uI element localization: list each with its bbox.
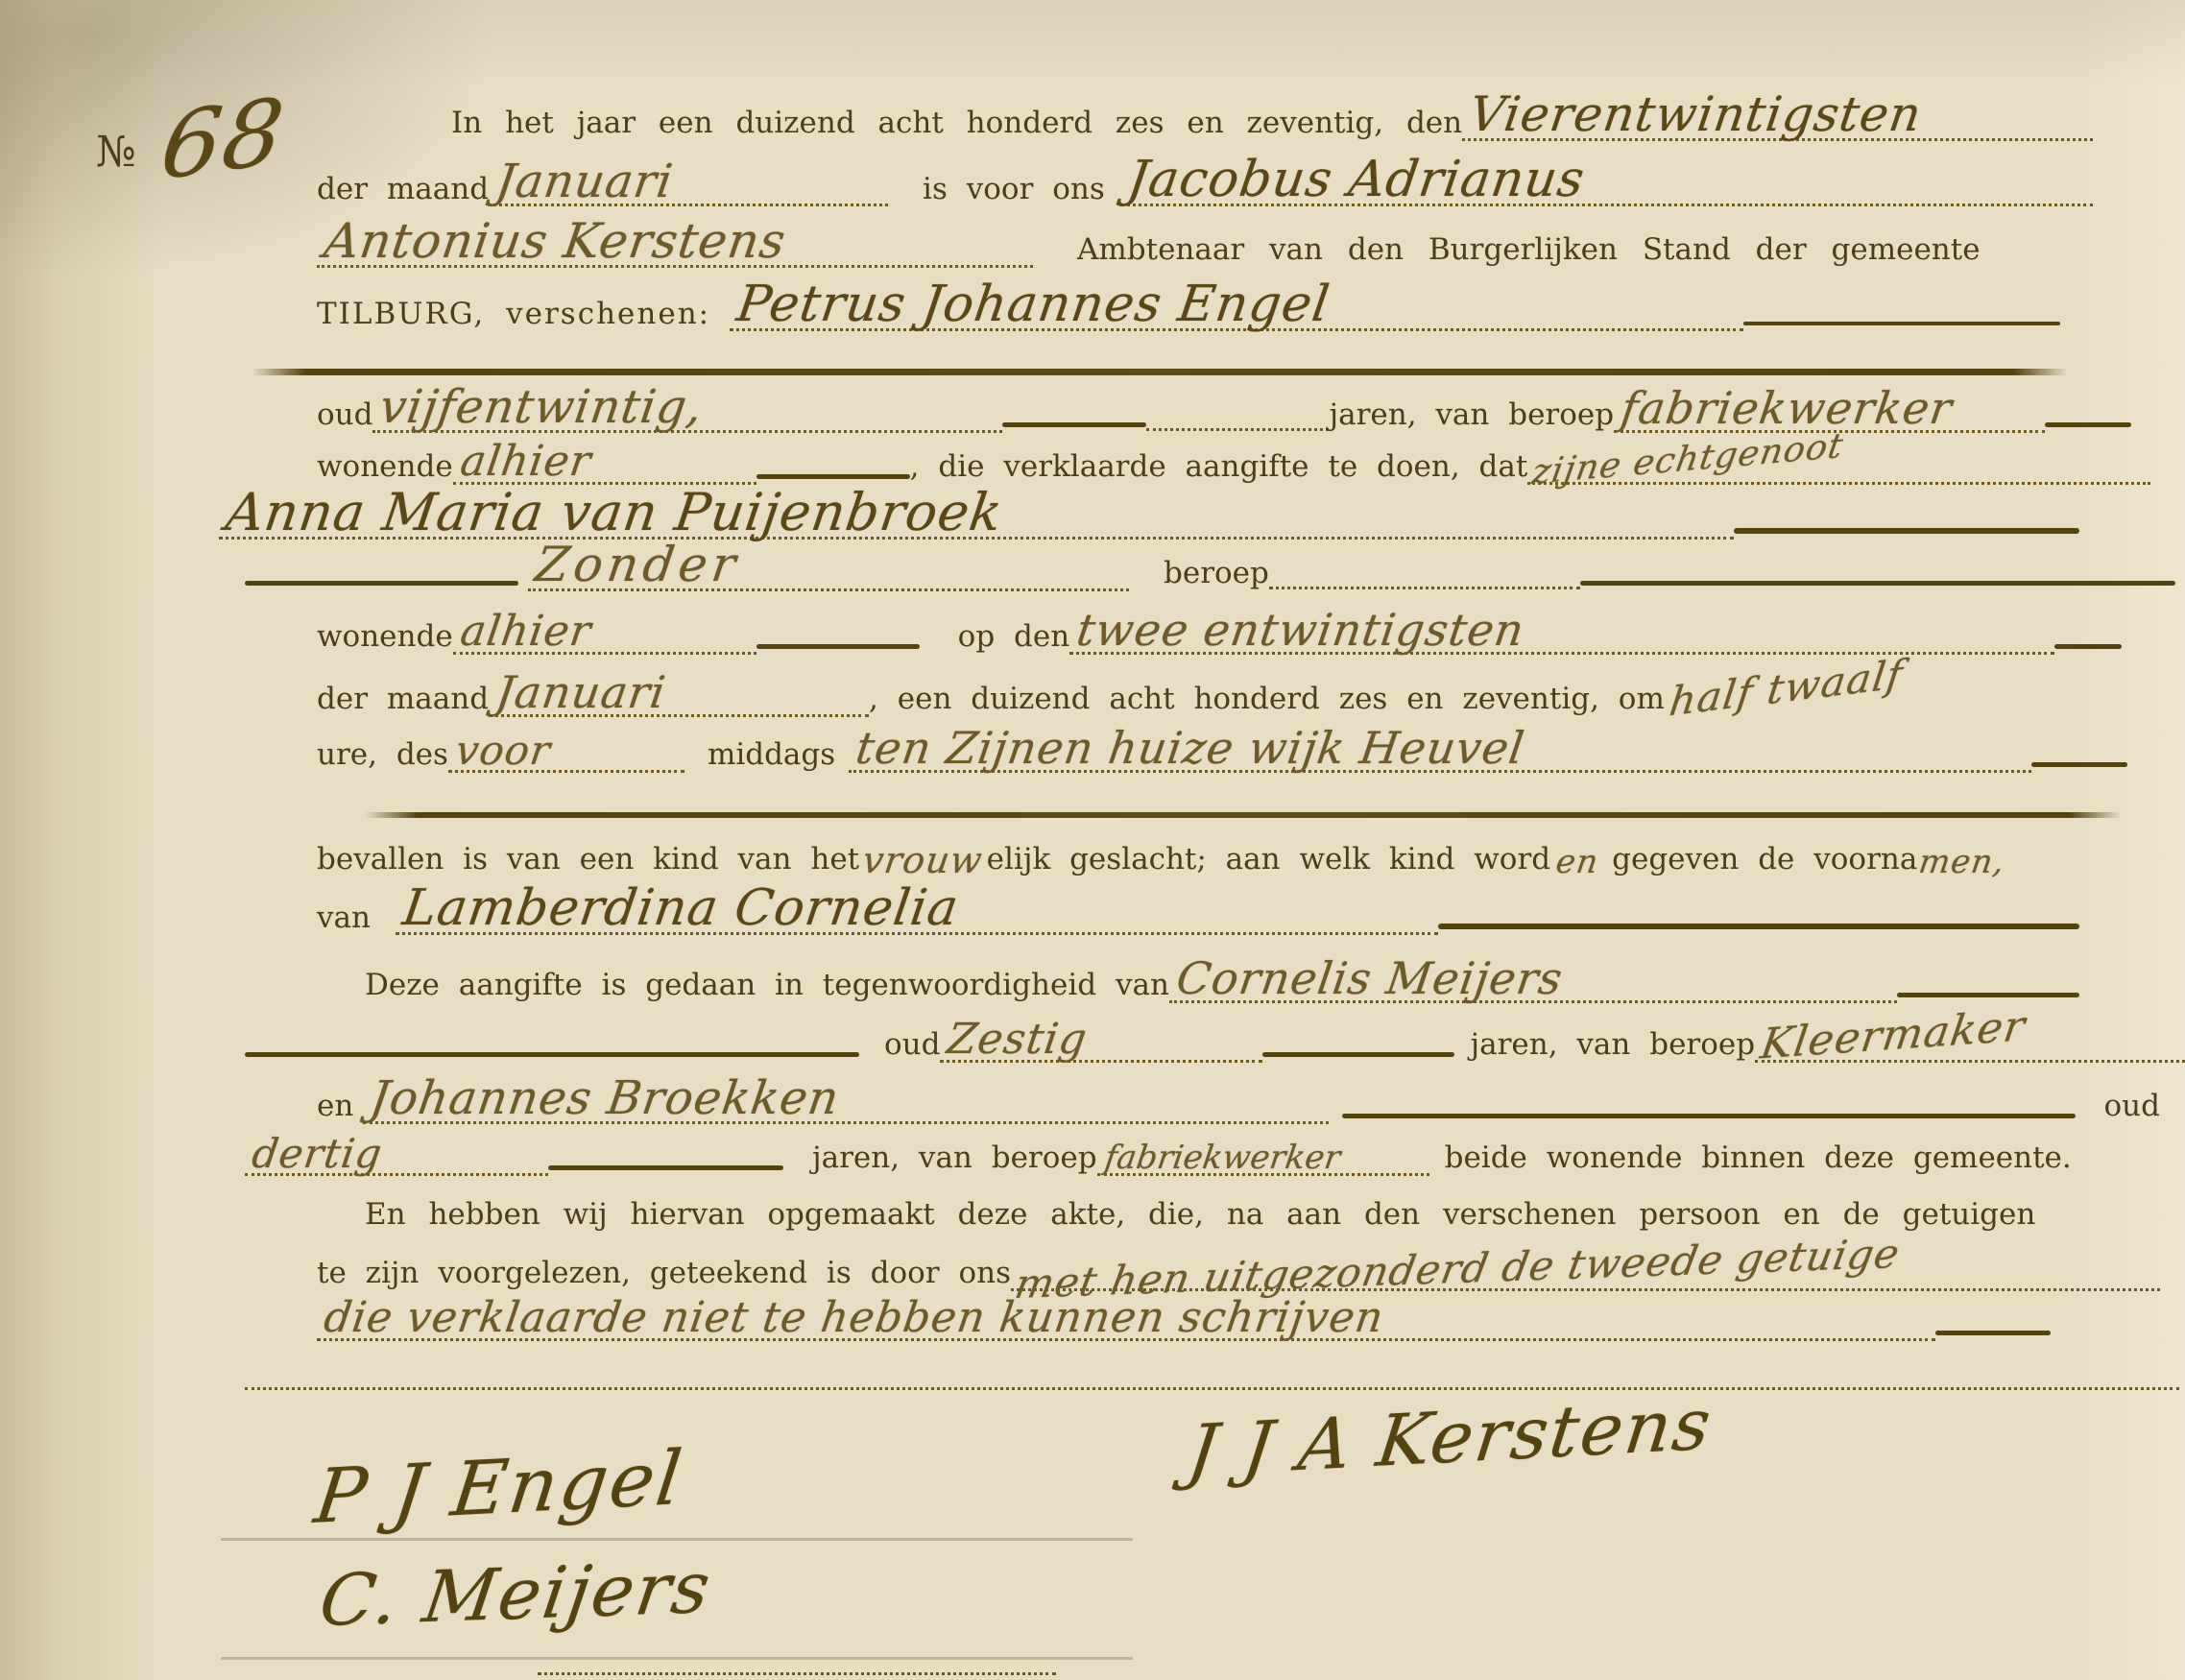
- printed-oud-right-label: oud: [2104, 1090, 2160, 1124]
- entry-word-ending-men: men,: [1917, 847, 2007, 877]
- printed-month-label: der maand: [317, 173, 489, 207]
- declarant-residence-slot: alhier: [453, 442, 756, 485]
- printed-year-text: In het jaar een duizend acht honderd zes…: [451, 107, 1462, 141]
- entry-officiant-firstnames: Jacobus Adrianus: [1124, 156, 1587, 204]
- ink-dash: [1935, 1331, 2051, 1335]
- dotted-filler: [1146, 422, 1329, 431]
- month-officiant-line: der maand Januari is voor ons Jacobus Ad…: [317, 156, 2093, 206]
- ink-dash: [1734, 528, 2079, 534]
- year-line: In het jaar een duizend acht honderd zes…: [317, 92, 2093, 141]
- printed-occupation-label-3: jaren, van beroep: [812, 1141, 1097, 1176]
- declarant-residence-line: wonende alhier , die verklaarde aangifte…: [317, 442, 2150, 485]
- ink-dash: [1342, 1114, 2075, 1118]
- entry-child-names: Lamberdina Cornelia: [399, 885, 961, 932]
- daypart-slot: voor: [448, 732, 684, 773]
- entry-birth-time: half twaalf: [1668, 655, 1906, 721]
- entry-birth-day-ordinal: twee entwintigsten: [1074, 610, 1527, 652]
- closing-line-1: En hebben wij hiervan opgemaakt deze akt…: [365, 1198, 2150, 1233]
- printed-occupation-label-2: jaren, van beroep: [1470, 1028, 1755, 1063]
- mother-occupation-line: Zonder beroep: [245, 542, 2175, 591]
- entry-witness2-name: Johannes Broekken: [368, 1077, 842, 1121]
- entry-witness1-occupation: Kleermaker: [1758, 1007, 2028, 1066]
- witness1-line: Deze aangifte is gedaan in tegenwoordigh…: [365, 958, 2079, 1003]
- printed-middags-label: middags: [708, 738, 835, 773]
- signing-note-slot-2: die verklaarde niet te hebben kunnen sch…: [317, 1298, 1935, 1341]
- mother-residence-line: wonende alhier op den twee entwintigsten: [317, 610, 2122, 655]
- child-name-slot: Lamberdina Cornelia: [396, 885, 1438, 935]
- day-ordinal-slot: Vierentwintigsten: [1462, 92, 2093, 141]
- entry-signing-note-2: die verklaarde niet te hebben kunnen sch…: [322, 1298, 1386, 1338]
- declarant-occupation-slot: fabriekwerker: [1614, 388, 2045, 433]
- witness1-age-slot: Zestig: [940, 1020, 1262, 1063]
- birth-certificate-scan: № 68 In het jaar een duizend acht honder…: [0, 0, 2185, 1680]
- pencil-guide-line: [221, 1538, 1133, 1541]
- ink-dash: [1743, 322, 2060, 325]
- entry-declarant-occupation: fabriekwerker: [1619, 388, 1956, 430]
- heavy-ink-rule: [365, 812, 2122, 818]
- ink-dash: [2054, 644, 2122, 649]
- ink-dash: [1438, 924, 2079, 929]
- printed-hour-label: ure, des: [317, 738, 448, 773]
- entry-declarant-residence: alhier: [458, 442, 594, 482]
- ink-dash: [548, 1165, 783, 1170]
- witness2-name-slot: Johannes Broekken: [363, 1077, 1329, 1124]
- entry-mother-occupation: Zonder: [533, 542, 743, 588]
- officiant-firstnames-slot: Jacobus Adrianus: [1120, 156, 2093, 206]
- ink-dash: [1262, 1052, 1454, 1057]
- dotted-separator: [245, 1387, 2179, 1390]
- ink-dash: [245, 1052, 859, 1057]
- ink-dash: [245, 581, 518, 586]
- printed-occupation-label: jaren, van beroep: [1329, 398, 1614, 433]
- ink-dash: [756, 474, 910, 479]
- entry-word-ending-en: en: [1554, 847, 1601, 877]
- ink-dash: [756, 644, 920, 649]
- printed-given-names-text: gegeven de voorna: [1612, 843, 1917, 877]
- ink-dash: [2031, 762, 2127, 767]
- signing-note-slot-1: met hen uitgezonderd de tweede getuige: [1011, 1250, 2160, 1291]
- witness1-name-slot: Cornelis Meijers: [1169, 958, 1897, 1003]
- printed-age-label: oud: [317, 398, 372, 433]
- witness2-age-line: dertig jaren, van beroep fabriekwerker b…: [245, 1135, 2150, 1176]
- entry-witness2-occupation: fabriekwerker: [1102, 1142, 1341, 1173]
- entry-month: Januari: [493, 160, 676, 204]
- birth-month-line: der maand Januari , een duizend acht hon…: [317, 672, 2185, 717]
- declarant-name-slot: Petrus Johannes Engel: [730, 281, 1743, 331]
- printed-declaration-text: , die verklaarde aangifte te doen, dat: [910, 450, 1528, 485]
- birth-day-slot: twee entwintigsten: [1069, 610, 2054, 655]
- ink-dash: [1897, 993, 2079, 997]
- bottom-dotted-fragment: [538, 1672, 1056, 1675]
- numero-sign: №: [96, 129, 136, 178]
- ink-dash: [1002, 422, 1146, 427]
- printed-en-label: en: [317, 1090, 353, 1124]
- entry-mother-name: Anna Maria van Puijenbroek: [223, 488, 1005, 537]
- entry-declarant-age: vijfentwintig,: [377, 386, 706, 430]
- printed-age-label-2: oud: [884, 1028, 940, 1063]
- printed-witness-intro: Deze aangifte is gedaan in tegenwoordigh…: [365, 969, 1169, 1003]
- entry-spouse-phrase: zijne echtgenoot: [1530, 430, 1846, 490]
- closing-line-2: te zijn voorgelezen, geteekend is door o…: [317, 1250, 2160, 1291]
- witness-signature: C. Meijers: [315, 1547, 717, 1643]
- entry-mother-residence: alhier: [458, 612, 594, 652]
- signing-note-line: die verklaarde niet te hebben kunnen sch…: [317, 1298, 2051, 1341]
- entry-child-sex: vrouw: [861, 843, 986, 877]
- entry-witness2-age: dertig: [250, 1135, 385, 1173]
- mother-name-line: Anna Maria van Puijenbroek: [219, 488, 2079, 540]
- entry-officiant-surname: Antonius Kerstens: [322, 219, 789, 265]
- witness2-occupation-slot: fabriekwerker: [1097, 1142, 1429, 1176]
- heavy-ink-rule: [252, 369, 2068, 375]
- spouse-phrase-slot: zijne echtgenoot: [1527, 449, 2150, 485]
- printed-closing-text-1: En hebben wij hiervan opgemaakt deze akt…: [365, 1198, 2035, 1233]
- entry-daypart: voor: [453, 732, 553, 770]
- birth-month-slot: Januari: [489, 672, 869, 717]
- mother-name-slot: Anna Maria van Puijenbroek: [219, 488, 1734, 540]
- entry-witness1-name: Cornelis Meijers: [1174, 958, 1566, 1000]
- act-number: 68: [156, 88, 288, 192]
- child-name-line: van Lamberdina Cornelia: [317, 885, 2079, 935]
- entry-declarant-name: Petrus Johannes Engel: [734, 281, 1333, 328]
- month-slot: Januari: [489, 160, 888, 207]
- ink-dash: [1580, 581, 2175, 586]
- printed-residence-label: wonende: [317, 450, 453, 485]
- ink-dash: [2045, 422, 2131, 427]
- entry-witness1-age: Zestig: [946, 1020, 1091, 1060]
- printed-officiant-title: Ambtenaar van den Burgerlijken Stand der…: [1077, 233, 1981, 268]
- printed-year-om-text: , een duizend acht honderd zes en zevent…: [869, 683, 1665, 717]
- pencil-guide-line: [221, 1657, 1133, 1660]
- dotted-filler: [1269, 581, 1580, 589]
- printed-van-label: van: [317, 901, 371, 936]
- witness1-age-line: oud Zestig jaren, van beroep Kleermaker: [245, 1020, 2185, 1063]
- officiant-title-line: Antonius Kerstens Ambtenaar van den Burg…: [317, 219, 2060, 268]
- printed-month-label-2: der maand: [317, 683, 489, 717]
- printed-closing-text-2: te zijn voorgelezen, geteekend is door o…: [317, 1257, 1011, 1291]
- officiant-surname-slot: Antonius Kerstens: [317, 219, 1033, 268]
- birth-place-slot: ten Zijnen huize wijk Heuvel: [849, 728, 2031, 773]
- printed-beroep-label: beroep: [1164, 557, 1269, 591]
- witness1-occupation-slot: Kleermaker: [1755, 1020, 2185, 1063]
- act-number-block: № 68: [96, 96, 282, 183]
- printed-residence-clause: beide wonende binnen deze gemeente.: [1445, 1141, 2072, 1176]
- declarant-age-line: oud vijfentwintig, jaren, van beroep fab…: [317, 386, 2131, 433]
- official-signature: J J A Kerstens: [1184, 1383, 1717, 1493]
- witness2-line: en Johannes Broekken oud: [317, 1077, 2160, 1124]
- printed-municipality-appeared: TILBURG, verschenen:: [317, 298, 710, 332]
- municipality-line: TILBURG, verschenen: Petrus Johannes Eng…: [317, 281, 2060, 331]
- printed-sex-suffix-text: elijk geslacht; aan welk kind word: [987, 843, 1550, 877]
- witness2-age-slot: dertig: [245, 1135, 548, 1176]
- entry-day-ordinal: Vierentwintigsten: [1467, 92, 1925, 138]
- printed-on-the-label: op den: [958, 620, 1070, 655]
- entry-birth-place: ten Zijnen huize wijk Heuvel: [853, 728, 1527, 770]
- mother-occupation-slot: Zonder: [528, 542, 1129, 591]
- declarant-age-slot: vijfentwintig,: [372, 386, 1002, 433]
- printed-before-officiant: is voor ons: [923, 173, 1105, 207]
- printed-born-text: bevallen is van een kind van het: [317, 843, 859, 877]
- mother-residence-slot: alhier: [453, 612, 756, 655]
- birth-place-line: ure, des voor middags ten Zijnen huize w…: [317, 728, 2127, 773]
- entry-birth-month: Januari: [493, 672, 668, 714]
- declarant-signature: P J Engel: [310, 1435, 688, 1541]
- printed-residence-label-2: wonende: [317, 620, 453, 655]
- child-sex-line: bevallen is van een kind van het vrouw e…: [317, 843, 2156, 877]
